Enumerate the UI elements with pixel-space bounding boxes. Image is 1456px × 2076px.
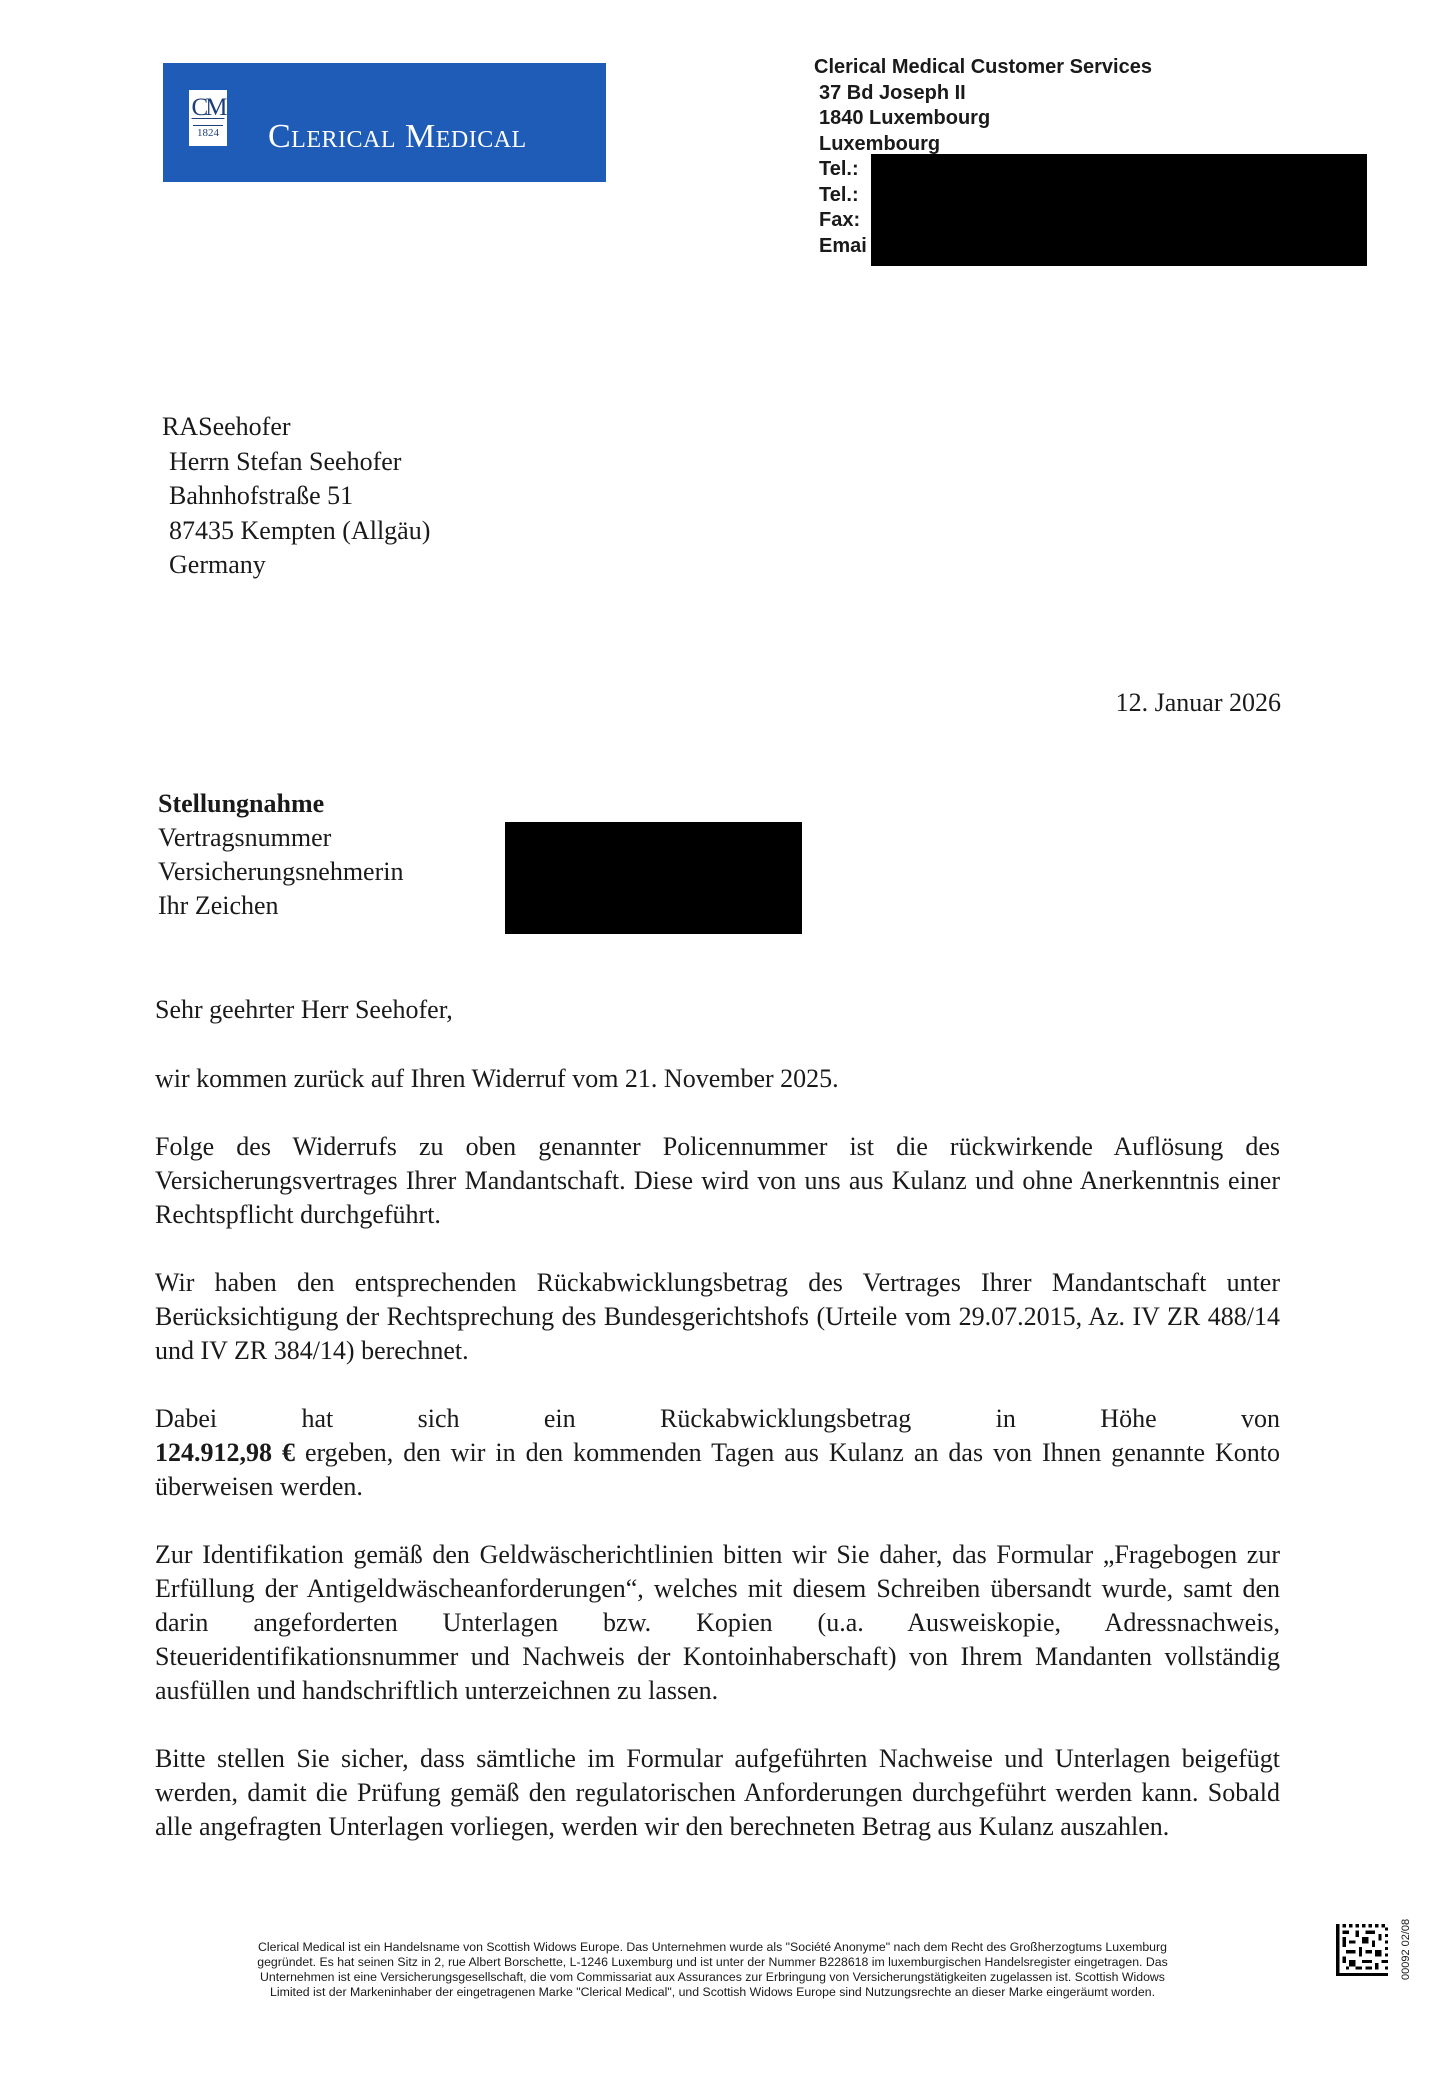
paragraph-4-text: ergeben, den wir in den kommenden Tagen … — [155, 1438, 1280, 1501]
founding-year: 1824 — [193, 125, 223, 140]
document-code: 00092 02/08 — [1400, 1919, 1412, 1980]
policyholder-label: Versicherungsnehmerin — [158, 855, 403, 889]
letter-date: 12. Januar 2026 — [1116, 688, 1281, 718]
footer-line-2: gegründet. Es hat seinen Sitz in 2, rue … — [155, 1955, 1270, 1970]
sender-name: Clerical Medical Customer Services — [814, 55, 1152, 81]
recipient-firm: RASeehofer — [162, 410, 430, 445]
paragraph-2: Folge des Widerrufs zu oben genannter Po… — [155, 1130, 1280, 1232]
cm-monogram-icon: CM 1824 — [189, 90, 227, 146]
clerical-medical-logo: CM 1824 Clerical Medical — [163, 63, 606, 182]
recipient-address-block: RASeehofer Herrn Stefan Seehofer Bahnhof… — [162, 410, 430, 583]
paragraph-6: Bitte stellen Sie sicher, dass sämtliche… — [155, 1742, 1280, 1844]
redaction-box-subject — [505, 822, 802, 934]
refund-amount: 124.912,98 € — [155, 1438, 295, 1467]
paragraph-5: Zur Identifikation gemäß den Geldwäscher… — [155, 1538, 1280, 1708]
paragraph-4: Dabei hat sich ein Rückabwicklungsbetrag… — [155, 1402, 1280, 1504]
paragraph-4-line-1: Dabei hat sich ein Rückabwicklungsbetrag… — [155, 1402, 1280, 1436]
footer-line-4: Limited ist der Markeninhaber der einget… — [155, 1985, 1270, 2000]
legal-footer: Clerical Medical ist ein Handelsname von… — [155, 1940, 1270, 2000]
redaction-box-contact — [871, 154, 1367, 266]
recipient-city: 87435 Kempten (Allgäu) — [162, 514, 430, 549]
subject-title: Stellungnahme — [158, 787, 403, 821]
your-reference-label: Ihr Zeichen — [158, 889, 403, 923]
paragraph-3: Wir haben den entsprechenden Rückabwickl… — [155, 1266, 1280, 1368]
letter-body: Sehr geehrter Herr Seehofer, wir kommen … — [155, 993, 1280, 1878]
footer-line-3: Unternehmen ist eine Versicherungsgesell… — [155, 1970, 1270, 1985]
footer-line-1: Clerical Medical ist ein Handelsname von… — [155, 1940, 1270, 1955]
monogram-text: CM — [189, 94, 227, 122]
sender-city: 1840 Luxembourg — [814, 106, 1152, 132]
sender-street: 37 Bd Joseph II — [814, 81, 1152, 107]
datamatrix-barcode-icon — [1336, 1924, 1388, 1976]
subject-block: Stellungnahme Vertragsnummer Versicherun… — [158, 787, 403, 923]
salutation: Sehr geehrter Herr Seehofer, — [155, 993, 1280, 1027]
contract-number-label: Vertragsnummer — [158, 821, 403, 855]
recipient-country: Germany — [162, 548, 430, 583]
paragraph-4-rest: 124.912,98 € ergeben, den wir in den kom… — [155, 1436, 1280, 1504]
paragraph-1: wir kommen zurück auf Ihren Widerruf vom… — [155, 1062, 1280, 1096]
recipient-name: Herrn Stefan Seehofer — [162, 445, 430, 480]
recipient-street: Bahnhofstraße 51 — [162, 479, 430, 514]
brand-name: Clerical Medical — [268, 119, 527, 155]
